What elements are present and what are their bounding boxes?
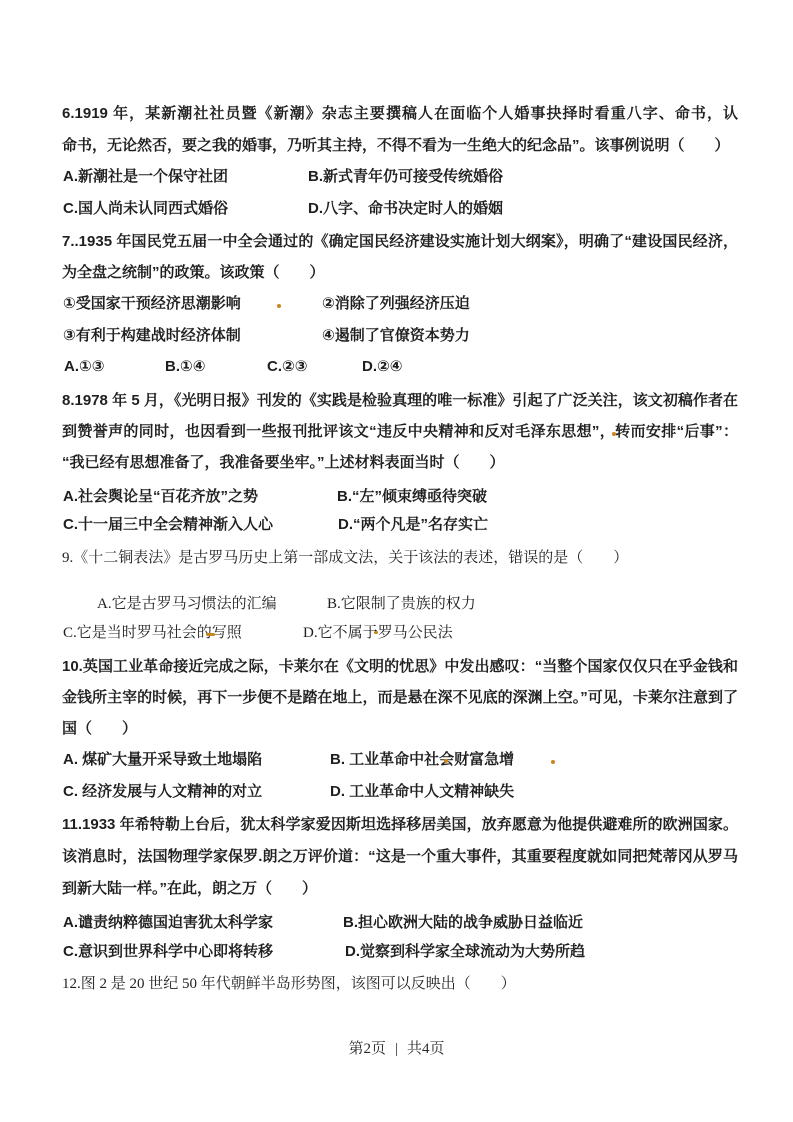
- question-11-option-d: D.觉察到科学家全球流动为大势所趋: [345, 941, 585, 964]
- question-6-line-2: 命书，无论然否，要之我的婚事，乃听其主持，不得不看为一生绝大的纪念品”。该事例说…: [62, 135, 730, 158]
- ink-dot-mark: [374, 631, 378, 634]
- question-10-line-2: 金钱所主宰的时候，再下一步便不是踏在地上，而是悬在深不见底的深渊上空。”可见，卡…: [62, 687, 738, 710]
- question-7-item-1: ①受国家干预经济思潮影响: [63, 293, 241, 316]
- question-7-line-1: 7..1935 年国民党五届一中全会通过的《确定国民经济建设实施计划大纲案》，明…: [62, 231, 738, 254]
- question-7-option-d: D.②④: [362, 356, 402, 379]
- question-10-option-c: C. 经济发展与人文精神的对立: [63, 781, 262, 804]
- question-8-line-2: 到赞誉声的同时，也因看到一些报刊批评该文“违反中央精神和反对毛泽东思想”，转而安…: [62, 421, 738, 444]
- question-9-option-b: B.它限制了贵族的权力: [327, 594, 476, 617]
- question-6-line-1: 6.1919 年，某新潮社社员暨《新潮》杂志主要撰稿人在面临个人婚事抉择时看重八…: [62, 103, 738, 126]
- question-10-option-d: D. 工业革命中人文精神缺失: [330, 781, 514, 804]
- question-7-item-2: ②消除了列强经济压迫: [322, 293, 470, 316]
- page-footer: 第2页|共4页: [0, 1037, 793, 1058]
- question-7-option-b: B.①④: [165, 356, 205, 379]
- footer-total-pages: 共4页: [407, 1041, 445, 1057]
- ink-dot-mark: [277, 304, 281, 308]
- question-7-option-a: A.①③: [64, 356, 104, 379]
- question-8-line-1: 8.1978 年 5 月，《光明日报》刊发的《实践是检验真理的唯一标准》引起了广…: [62, 390, 738, 413]
- question-6-option-d: D.八字、命书决定时人的婚姻: [308, 198, 503, 221]
- footer-page-number: 第2页: [348, 1041, 386, 1057]
- question-9-option-a: A.它是古罗马习惯法的汇编: [97, 594, 277, 617]
- question-8-option-b: B.“左”倾束缚亟待突破: [337, 486, 487, 509]
- ink-dot-mark: [444, 759, 448, 763]
- question-8-line-3: “我已经有思想准备了，我准备要坐牢。”上述材料表面当时（ ）: [62, 452, 505, 475]
- question-6-option-a: A.新潮社是一个保守社团: [63, 166, 228, 189]
- question-11-option-c: C.意识到世界科学中心即将转移: [63, 941, 273, 964]
- exam-page: 6.1919 年，某新潮社社员暨《新潮》杂志主要撰稿人在面临个人婚事抉择时看重八…: [0, 0, 793, 1122]
- question-10-option-a: A. 煤矿大量开采导致土地塌陷: [63, 749, 262, 772]
- question-11-option-b: B.担心欧洲大陆的战争威胁日益临近: [343, 912, 583, 935]
- question-12-line-1: 12.图 2 是 20 世纪 50 年代朝鲜半岛形势图，该图可以反映出（ ）: [62, 974, 516, 997]
- question-9-option-d: D.它不属于罗马公民法: [303, 623, 453, 646]
- question-8-option-a: A.社会舆论呈“百花齐放”之势: [63, 486, 258, 509]
- question-7-option-c: C.②③: [267, 356, 307, 379]
- question-6-option-b: B.新式青年仍可接受传统婚俗: [308, 166, 503, 189]
- footer-separator: |: [395, 1041, 398, 1057]
- question-8-option-c: C.十一届三中全会精神渐入人心: [63, 514, 273, 537]
- question-11-line-3: 到新大陆一样。”在此，朗之万（ ）: [62, 878, 317, 901]
- question-10-option-b: B. 工业革命中社会财富急增: [330, 749, 514, 772]
- question-11-line-2: 该消息时，法国物理学家保罗.朗之万评价道：“这是一个重大事件，其重要程度就如同把…: [62, 846, 738, 869]
- ink-dot-mark: [612, 432, 616, 436]
- question-11-option-a: A.谴责纳粹德国迫害犹太科学家: [63, 912, 273, 935]
- question-6-option-c: C.国人尚未认同西式婚俗: [63, 198, 228, 221]
- question-7-item-3: ③有利于构建战时经济体制: [63, 325, 241, 348]
- ink-dash-mark: [206, 633, 215, 636]
- question-8-option-d: D.“两个凡是”名存实亡: [338, 514, 488, 537]
- ink-dot-mark: [551, 760, 555, 764]
- question-11-line-1: 11.1933 年希特勒上台后，犹太科学家爱因斯坦选择移居美国，放弃愿意为他提供…: [62, 814, 738, 837]
- question-9-line-1: 9.《十二铜表法》是古罗马历史上第一部成文法，关于该法的表述，错误的是（ ）: [62, 548, 628, 571]
- question-7-item-4: ④遏制了官僚资本势力: [322, 325, 470, 348]
- question-10-line-3: 国（ ）: [62, 718, 137, 741]
- question-10-line-1: 10.英国工业革命接近完成之际，卡莱尔在《文明的忧思》中发出感叹：“当整个国家仅…: [62, 656, 738, 679]
- question-7-line-2: 为全盘之统制”的政策。该政策（ ）: [62, 262, 325, 285]
